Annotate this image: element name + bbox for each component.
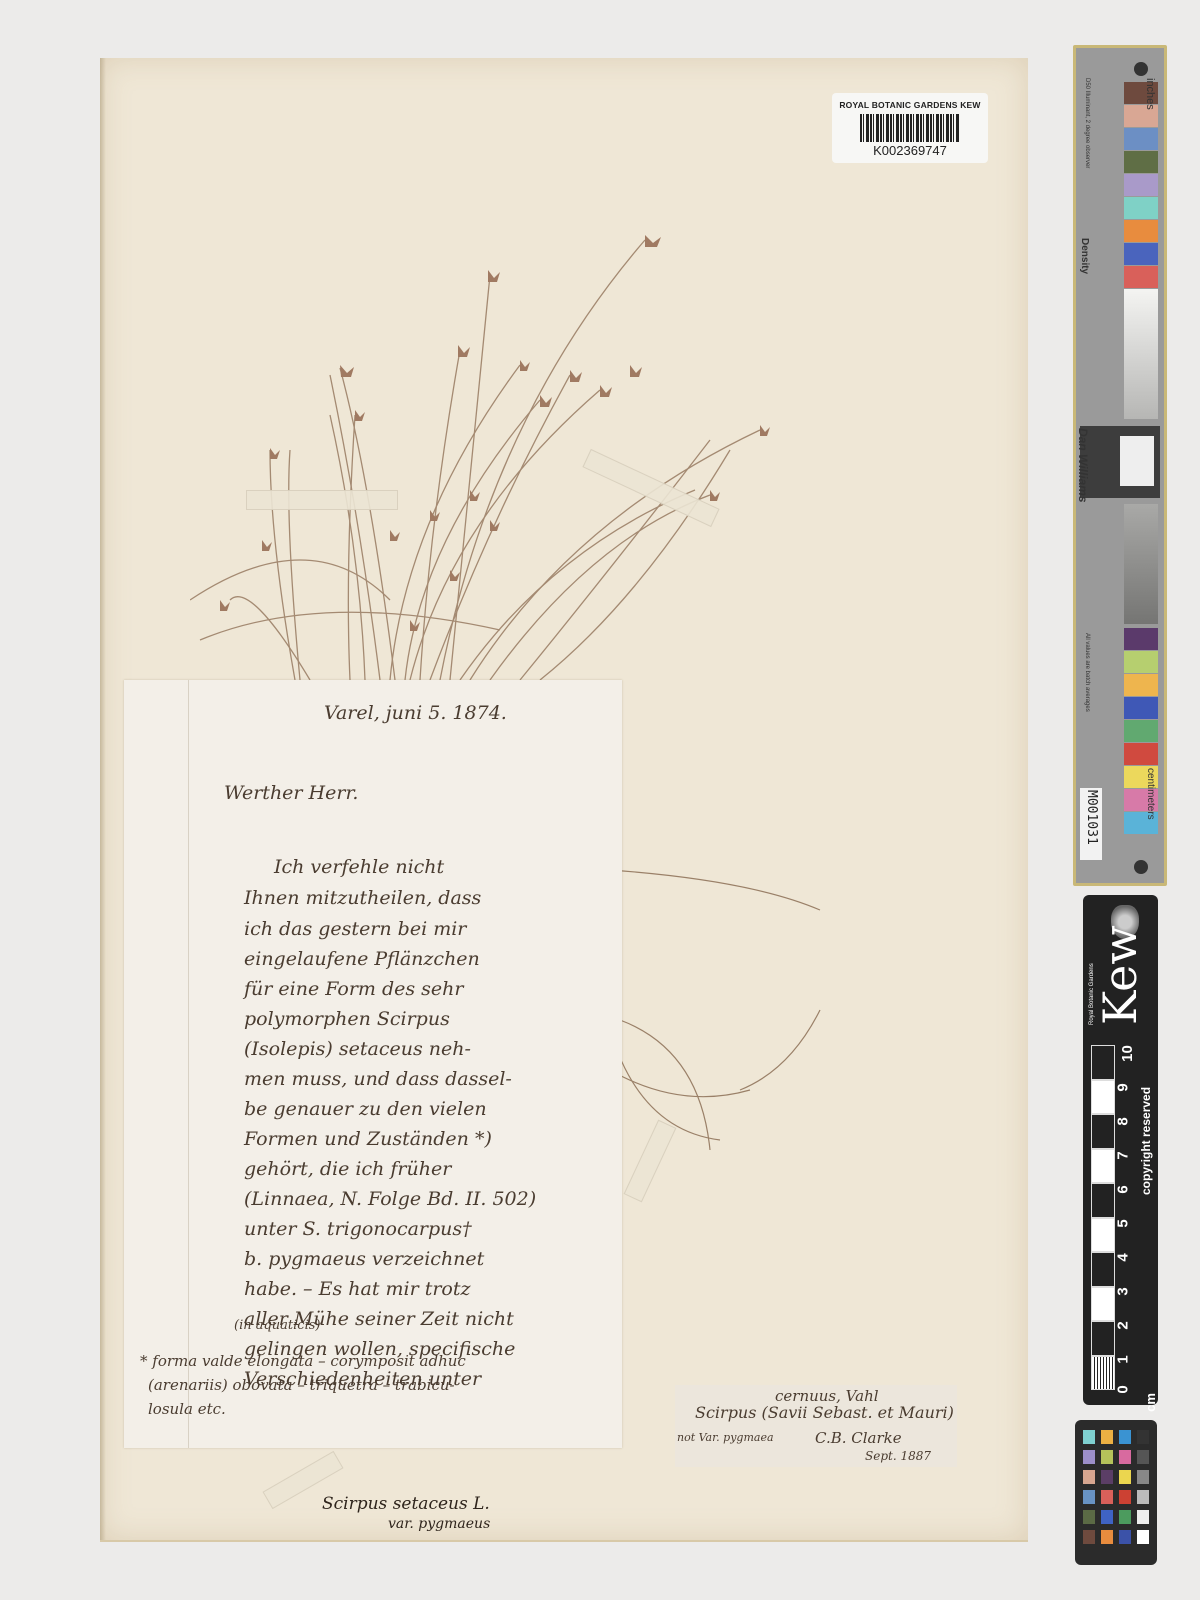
variety-name: var. pygmaeus <box>388 1516 490 1532</box>
ruler-density-label: Density <box>1079 238 1090 274</box>
letter-footnote: * forma valde elongata – corymposit adhu… <box>140 1352 466 1370</box>
barcode-icon <box>860 114 960 142</box>
color-swatch <box>1124 266 1158 288</box>
letter-footnote: losula etc. <box>148 1400 226 1418</box>
det-note: not Var. pygmaea <box>677 1431 774 1444</box>
letter-line: für eine Form des sehr <box>244 978 463 1000</box>
color-swatch <box>1124 628 1158 650</box>
correspondence-letter: Varel, juni 5. 1874. Werther Herr. Ich v… <box>124 680 622 1448</box>
ruler-inches-label: inches <box>1144 78 1156 110</box>
letter-line: Ich verfehle nicht <box>274 856 444 878</box>
letter-line: Formen und Zuständen *) <box>244 1128 492 1150</box>
barcode-label: ROYAL BOTANIC GARDENS KEW K002369747 <box>832 93 988 163</box>
ruler-brand: Dan Williams <box>1076 428 1090 503</box>
species-name: Scirpus setaceus L. <box>322 1494 490 1514</box>
ruler-illuminant-text: D50 Illuminant, 2 degree observer <box>1084 78 1090 168</box>
letter-line: unter S. trigonocarpus† <box>244 1218 472 1240</box>
letter-fold-line <box>188 680 189 1448</box>
color-swatch <box>1124 220 1158 242</box>
letter-line: ich das gestern bei mir <box>244 918 466 940</box>
color-swatch <box>1124 651 1158 673</box>
plant-stems-lower <box>600 850 920 1170</box>
letter-line: polymorphen Scirpus <box>244 1008 450 1030</box>
color-swatch <box>1124 720 1158 742</box>
color-swatch <box>1124 697 1158 719</box>
kew-sublogo: Royal Botanic Gardens <box>1089 963 1095 1025</box>
color-swatch <box>1124 174 1158 196</box>
ruler-id-tag: M001031 <box>1080 788 1102 860</box>
letter-line: eingelaufene Pflänzchen <box>244 948 480 970</box>
ruler-dot <box>1134 860 1148 874</box>
gray-scale <box>1124 504 1158 624</box>
mounting-tape <box>246 490 398 510</box>
barcode-number: K002369747 <box>873 143 947 158</box>
scale-ticks: 10 9 8 7 6 5 4 3 2 1 0 <box>1117 1045 1137 1395</box>
kew-logo: Kew <box>1093 925 1147 1025</box>
letter-salutation: Werther Herr. <box>224 782 358 804</box>
color-checker-card <box>1075 1420 1157 1565</box>
ruler-brand-block <box>1080 426 1160 498</box>
letter-heading: Varel, juni 5. 1874. <box>324 702 507 724</box>
letter-footnote: (in aquaticis) <box>234 1318 321 1333</box>
letter-line: Ihnen mitzutheilen, dass <box>244 887 481 909</box>
det-determiner: C.B. Clarke <box>815 1429 902 1447</box>
letter-footnote: (arenariis) obovata – triquetra – trabic… <box>148 1376 455 1394</box>
letter-line: habe. – Es hat mir trotz <box>244 1278 471 1300</box>
det-date: Sept. 1887 <box>865 1449 931 1463</box>
color-swatch <box>1124 128 1158 150</box>
letter-line: gehört, die ich früher <box>244 1158 451 1180</box>
color-swatch <box>1124 243 1158 265</box>
color-ruler: inches D50 Illuminant, 2 degree observer… <box>1073 45 1167 886</box>
color-swatch <box>1124 674 1158 696</box>
letter-line: be genauer zu den vielen <box>244 1098 487 1120</box>
color-swatch <box>1124 197 1158 219</box>
color-swatch <box>1124 151 1158 173</box>
institution-name: ROYAL BOTANIC GARDENS KEW <box>839 100 980 110</box>
letter-line: (Linnaea, N. Folge Bd. II. 502) <box>244 1188 536 1210</box>
det-taxon: Scirpus (Savii Sebast. et Mauri) <box>695 1403 954 1422</box>
plant-specimen <box>190 220 790 690</box>
ruler-note: All values are batch averages <box>1084 633 1090 712</box>
color-swatch <box>1124 743 1158 765</box>
letter-line: b. pygmaeus verzeichnet <box>244 1248 484 1270</box>
ruler-dot <box>1134 62 1148 76</box>
copyright-text: copyright reserved <box>1139 1087 1153 1195</box>
determination-label: cernuus, Vahl Scirpus (Savii Sebast. et … <box>675 1385 957 1467</box>
scale-unit: cm <box>1143 1393 1158 1412</box>
gray-scale <box>1124 289 1158 419</box>
letter-line: (Isolepis) setaceus neh- <box>244 1038 471 1060</box>
ruler-centimeters-label: centimeters <box>1145 768 1156 820</box>
kew-scale-bar: Kew Royal Botanic Gardens 10 9 8 7 6 5 4… <box>1083 895 1158 1405</box>
letter-line: men muss, und dass dassel- <box>244 1068 512 1090</box>
scale-checker <box>1091 1045 1115 1390</box>
